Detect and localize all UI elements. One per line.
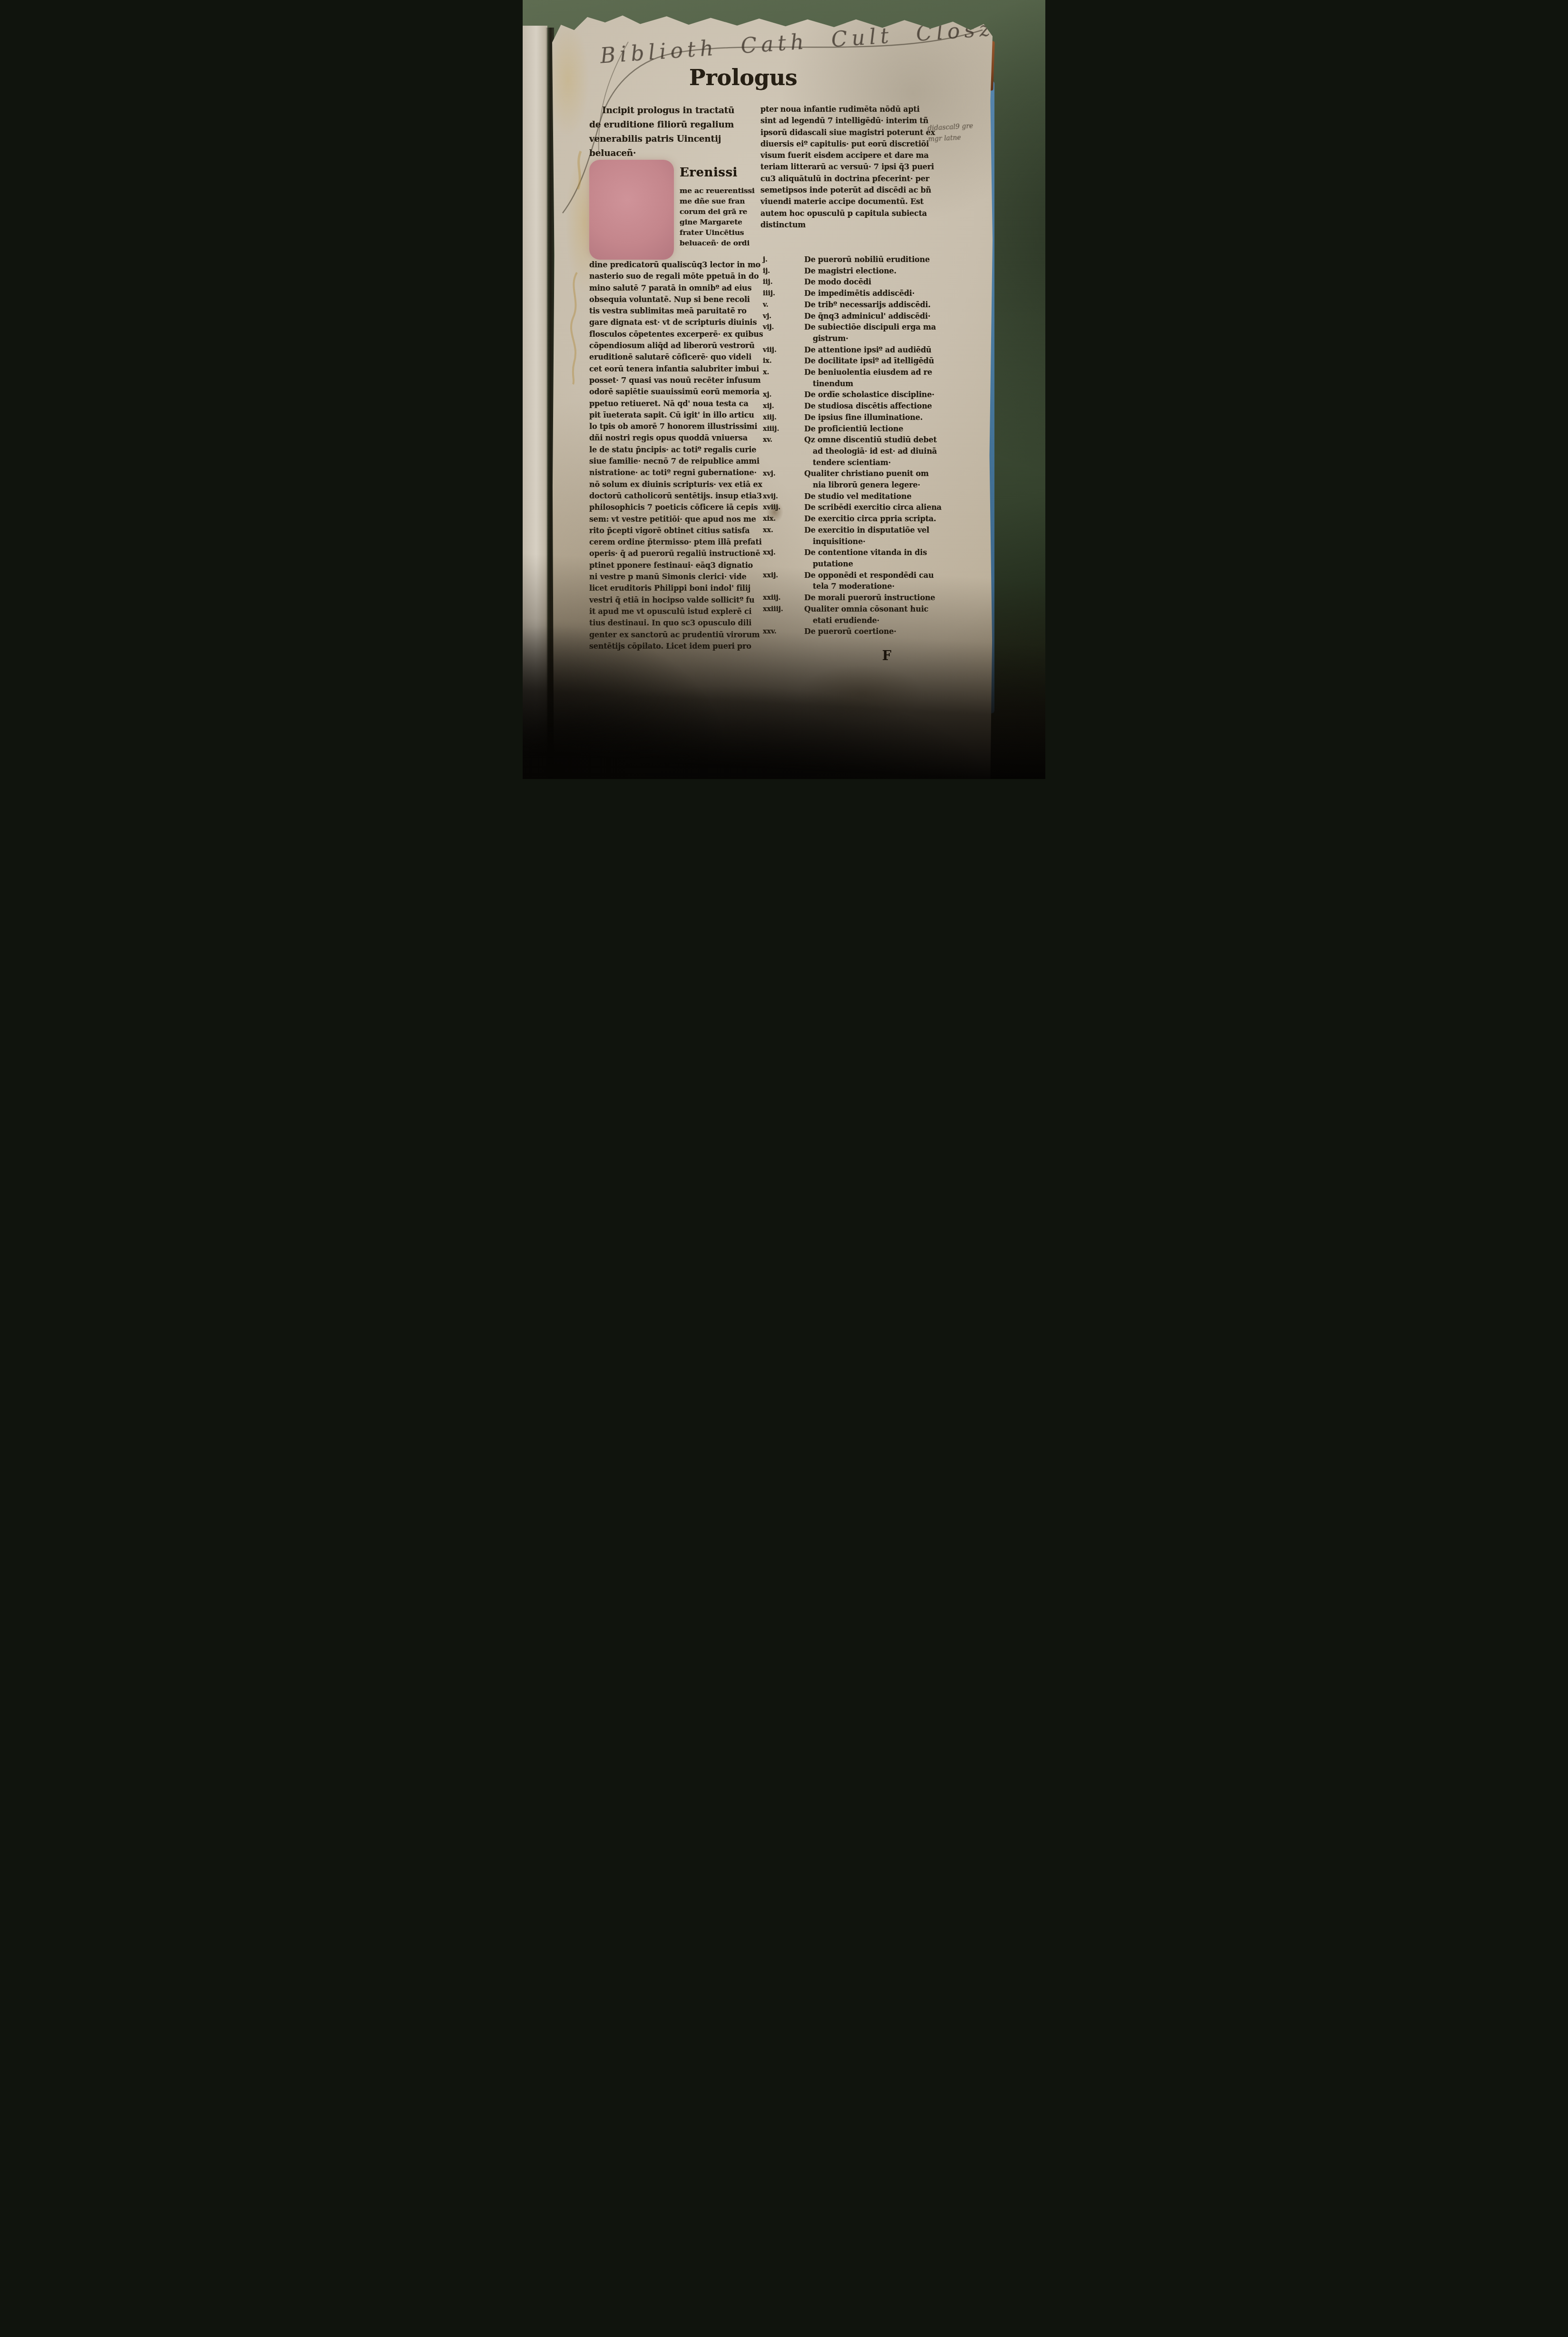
- chapter-numeral: vij.: [763, 321, 804, 333]
- text-line: tis vestra sublimitas meā paruitatē ro: [589, 305, 785, 317]
- photo-scene: Biblioth Cath Cult Closz Prologus Incipi…: [523, 0, 1045, 779]
- text-line: nistratione· ac totiº regni gubernatione…: [589, 467, 785, 478]
- chapter-row: xxij.De opponēdi et respondēdi cautela 7…: [763, 570, 963, 592]
- text-line: tius destinaui. In quo sc3 opusculo dili: [589, 617, 785, 629]
- text-line: ni vestre p manū Simonis clerici· vide: [589, 571, 785, 583]
- text-line: distinctum: [760, 219, 936, 231]
- text-line: sentētijs cōpilato. Licet idem pueri pro: [589, 641, 785, 652]
- text-line: De exercitio in disputatiōe vel: [804, 525, 963, 536]
- chapter-row: xxj.De contentione vitanda in disputatio…: [763, 547, 963, 569]
- chapter-numeral: j.: [763, 254, 804, 265]
- text-line: de eruditione filiorū regalium: [589, 118, 785, 132]
- text-line: De exercitio circa ppria scripta.: [804, 513, 963, 525]
- chapter-row: viij.De attentione ipsiº ad audiēdū: [763, 344, 963, 356]
- text-line: De impedimētis addiscēdi·: [804, 288, 963, 299]
- chapter-title: De proficientiū lectione: [804, 423, 963, 435]
- text-line: visum fuerit eisdem accipere et dare ma: [760, 150, 936, 161]
- text-line: lo tpis ob amorē 7 honorem illustrissimi: [589, 421, 785, 432]
- chapter-numeral: iij.: [763, 276, 804, 288]
- chapter-numeral: ix.: [763, 355, 804, 367]
- text-line: De modo docēdi: [804, 276, 963, 288]
- chapter-numeral: v.: [763, 299, 804, 311]
- stain: [799, 665, 923, 722]
- chapter-numeral: xij.: [763, 400, 804, 412]
- text-line: putatione: [813, 558, 963, 570]
- chapter-row: v.De tribº necessarijs addiscēdi.: [763, 299, 963, 311]
- text-line: De ipsius fine illuminatione.: [804, 412, 963, 423]
- chapter-row: xiij.De ipsius fine illuminatione.: [763, 412, 963, 423]
- chapter-numeral: xvj.: [763, 468, 804, 479]
- text-line: De opponēdi et respondēdi cau: [804, 570, 963, 581]
- text-line: eruditionē salutarē cōficerē· quo videli: [589, 351, 785, 363]
- text-line: De beniuolentia eiusdem ad re: [804, 367, 963, 378]
- text-line: teriam litterarū ac versuū· 7 ipsi q̄3 p…: [760, 161, 936, 173]
- chapter-numeral: xx.: [763, 525, 804, 536]
- text-line: tinendum: [813, 378, 963, 389]
- text-line: vestri q̄ etiā in hocipso valde sollicit…: [589, 594, 785, 606]
- chapter-title: De beniuolentia eiusdem ad retinendum: [804, 367, 963, 389]
- chapter-title: De opponēdi et respondēdi cautela 7 mode…: [804, 570, 963, 592]
- text-line: cerem ordine p̄termisso· ptem illā prefa…: [589, 536, 785, 548]
- chapter-title: De q̄nq3 adminicul' addiscēdi·: [804, 311, 963, 322]
- text-line: rito p̄cepti vigorē obtinet citius satis…: [589, 525, 785, 536]
- text-line: cōpendiosum aliq̄d ad liberorū vestrorū: [589, 340, 785, 351]
- chapter-numeral: xxij.: [763, 570, 804, 581]
- chapter-title: De contentione vitanda in disputatione: [804, 547, 963, 569]
- text-line: semetipsos inde poterūt ad discēdi ac bñ: [760, 185, 936, 196]
- chapter-row: vj.De q̄nq3 adminicul' addiscēdi·: [763, 311, 963, 322]
- text-line: viuendi materie accipe documentū. Est: [760, 196, 936, 207]
- incipit-block: Incipit prologus in tractatūde erudition…: [589, 104, 785, 161]
- text-line: Incipit prologus in tractatū: [602, 104, 785, 118]
- chapter-row: iiij.De impedimētis addiscēdi·: [763, 288, 963, 299]
- text-line: philosophicis 7 poeticis cōficere iā cep…: [589, 502, 785, 513]
- text-line: ppetuo retiueret. Nā qd' noua testa ca: [589, 398, 785, 409]
- text-line: odorē sapiētie suauissimū eorū memoria: [589, 386, 785, 398]
- chapter-title: Qualiter christiano puenit omnia librorū…: [804, 468, 963, 490]
- text-line: obsequia voluntatē. Nup si bene recoli: [589, 294, 785, 305]
- left-text-column: dine predicatorū qualiscūq3 lector in mo…: [589, 259, 785, 652]
- chapter-title: De puerorū coertione·: [804, 626, 963, 637]
- text-line: De proficientiū lectione: [804, 423, 963, 435]
- chapter-row: xj.De ordīe scholastice discipline·: [763, 389, 963, 400]
- text-line: mino salutē 7 paratā in omnibº ad eius: [589, 282, 785, 294]
- chapter-numeral: xiij.: [763, 412, 804, 423]
- text-line: nia librorū genera legere·: [813, 479, 963, 491]
- text-line: De contentione vitanda in dis: [804, 547, 963, 558]
- page-title: Prologus: [689, 65, 798, 90]
- text-line: gistrum·: [813, 333, 963, 344]
- chapter-numeral: xxj.: [763, 547, 804, 558]
- text-line: nasterio suo de regali mōte ppetuā in do: [589, 271, 785, 282]
- opening-word: Erenissi: [680, 166, 738, 180]
- chapter-title: De ordīe scholastice discipline·: [804, 389, 963, 400]
- chapter-title: De attentione ipsiº ad audiēdū: [804, 344, 963, 356]
- text-line: venerabilis patris Uincentij: [589, 132, 785, 146]
- text-line: De q̄nq3 adminicul' addiscēdi·: [804, 311, 963, 322]
- text-line: De tribº necessarijs addiscēdi.: [804, 299, 963, 311]
- chapter-title: De subiectiōe discipuli erga magistrum·: [804, 321, 963, 344]
- text-line: sem: vt vestre petitiōi· que apud nos me: [589, 514, 785, 525]
- illuminated-initial: [589, 160, 674, 260]
- chapter-row: xxiiij.Qualiter omnia cōsonant huicetati…: [763, 604, 963, 626]
- text-line: ad theologiā· id est· ad diuinā: [813, 446, 963, 457]
- text-line: doctorū catholicorū sentētijs. insup eti…: [589, 490, 785, 502]
- chapter-row: j.De puerorū nobiliū eruditione: [763, 254, 963, 265]
- text-line: dine predicatorū qualiscūq3 lector in mo: [589, 259, 785, 271]
- chapter-row: x.De beniuolentia eiusdem ad retinendum: [763, 367, 963, 389]
- chapter-row: xvij.De studio vel meditatione: [763, 491, 963, 502]
- text-line: Qualiter omnia cōsonant huic: [804, 604, 963, 615]
- text-line: etati erudiende·: [813, 615, 963, 626]
- text-line: De studiosa discētis affectione: [804, 400, 963, 412]
- chapter-row: xvj.Qualiter christiano puenit omnia lib…: [763, 468, 963, 490]
- chapter-title: Qz omne discentiū studiū debetad theolog…: [804, 434, 963, 468]
- chapter-row: xxv.De puerorū coertione·: [763, 626, 963, 637]
- text-line: ipsorū didascali siue magistri poterunt …: [760, 127, 936, 138]
- text-line: De studio vel meditatione: [804, 491, 963, 502]
- book-page: Biblioth Cath Cult Closz Prologus Incipi…: [552, 9, 993, 779]
- text-line: posset· 7 quasi vas nouū recēter infusum: [589, 375, 785, 386]
- text-line: De ordīe scholastice discipline·: [804, 389, 963, 400]
- text-line: ptinet pponere festinaui· eāq3 dignatio: [589, 560, 785, 571]
- chapter-numeral: ij.: [763, 265, 804, 277]
- text-line: cet eorū tenera infantia salubriter imbu…: [589, 363, 785, 375]
- text-line: De attentione ipsiº ad audiēdū: [804, 344, 963, 356]
- text-line: De morali puerorū instructione: [804, 592, 963, 604]
- chapter-title: De modo docēdi: [804, 276, 963, 288]
- text-line: operis· q̄ ad puerorū regaliū instructio…: [589, 548, 785, 559]
- chapter-row: xviij.De scribēdi exercitio circa aliena: [763, 502, 963, 513]
- text-line: De magistri electione.: [804, 265, 963, 277]
- chapter-row: vij.De subiectiōe discipuli erga magistr…: [763, 321, 963, 344]
- chapter-title: De docilitate ipsiº ad ītelligēdū: [804, 355, 963, 367]
- text-line: licet eruditoris Philippi boni indol' fi…: [589, 583, 785, 594]
- chapter-title: De exercitio circa ppria scripta.: [804, 513, 963, 525]
- chapter-numeral: xiiij.: [763, 423, 804, 435]
- chapter-numeral: x.: [763, 367, 804, 378]
- initial-pink-field: [589, 160, 674, 260]
- chapter-title: De impedimētis addiscēdi·: [804, 288, 963, 299]
- chapter-row: xxiij.De morali puerorū instructione: [763, 592, 963, 604]
- chapter-title: De studiosa discētis affectione: [804, 400, 963, 412]
- chapter-row: ij.De magistri electione.: [763, 265, 963, 277]
- text-line: Qz omne discentiū studiū debet: [804, 434, 963, 446]
- text-line: De puerorū coertione·: [804, 626, 963, 637]
- chapter-numeral: xix.: [763, 513, 804, 525]
- chapter-row: xix.De exercitio circa ppria scripta.: [763, 513, 963, 525]
- text-line: De subiectiōe discipuli erga ma: [804, 321, 963, 333]
- text-line: De scribēdi exercitio circa aliena: [804, 502, 963, 513]
- signature-mark: F: [882, 649, 891, 663]
- text-line: Qualiter christiano puenit om: [804, 468, 963, 479]
- text-line: De puerorū nobiliū eruditione: [804, 254, 963, 265]
- chapter-numeral: xxiiij.: [763, 604, 804, 615]
- chapter-numeral: xj.: [763, 389, 804, 400]
- chapter-title: De magistri electione.: [804, 265, 963, 277]
- chapter-numeral: xv.: [763, 434, 804, 446]
- text-line: genter ex sanctorū ac prudentiū virorum: [589, 629, 785, 641]
- chapter-numeral: xxv.: [763, 626, 804, 637]
- chapter-numeral: vj.: [763, 311, 804, 322]
- gutter-shadow: [545, 28, 554, 779]
- text-line: sint ad legendū 7 intelligēdū· interim t…: [760, 115, 936, 127]
- chapter-row: ix.De docilitate ipsiº ad ītelligēdū: [763, 355, 963, 367]
- text-line: le de statu p̄ncipis· ac totiº regalis c…: [589, 444, 785, 456]
- chapter-index: j.De puerorū nobiliū eruditioneij.De mag…: [763, 254, 963, 637]
- chapter-numeral: xviij.: [763, 502, 804, 513]
- chapter-title: De morali puerorū instructione: [804, 592, 963, 604]
- text-line: cu3 aliquātulū in doctrina pfecerint· pe…: [760, 173, 936, 185]
- chapter-numeral: viij.: [763, 344, 804, 356]
- text-line: tendere scientiam·: [813, 457, 963, 468]
- text-line: dñi nostri regis opus quoddā vniuersa: [589, 432, 785, 444]
- chapter-title: De exercitio in disputatiōe velinquisiti…: [804, 525, 963, 547]
- text-line: nō solum ex diuinis scripturis· vex etiā…: [589, 479, 785, 490]
- chapter-row: xx.De exercitio in disputatiōe velinquis…: [763, 525, 963, 547]
- text-line: inquisitione·: [813, 536, 963, 547]
- text-line: tela 7 moderatione·: [813, 581, 963, 592]
- chapter-numeral: xvij.: [763, 491, 804, 502]
- chapter-numeral: iiij.: [763, 288, 804, 299]
- chapter-title: De studio vel meditatione: [804, 491, 963, 502]
- chapter-title: De tribº necessarijs addiscēdi.: [804, 299, 963, 311]
- chapter-row: xiiij.De proficientiū lectione: [763, 423, 963, 435]
- text-line: autem hoc opusculū p capitula subiecta: [760, 208, 936, 219]
- text-line: De docilitate ipsiº ad ītelligēdū: [804, 355, 963, 367]
- chapter-title: De ipsius fine illuminatione.: [804, 412, 963, 423]
- chapter-title: Qualiter omnia cōsonant huicetati erudie…: [804, 604, 963, 626]
- text-line: beluaceñ· de ordi: [680, 238, 785, 248]
- text-line: pit īueterata sapit. Cū igit' in illo ar…: [589, 409, 785, 421]
- text-line: gare dignata est· vt de scripturis diuin…: [589, 317, 785, 328]
- text-line: pter noua infantie rudimēta nōdū apti: [760, 104, 936, 115]
- chapter-numeral: xxiij.: [763, 592, 804, 604]
- chapter-row: iij.De modo docēdi: [763, 276, 963, 288]
- text-line: it apud me vt opusculū istud explerē ci: [589, 606, 785, 617]
- right-text-column: pter noua infantie rudimēta nōdū aptisin…: [760, 104, 936, 231]
- text-line: beluaceñ·: [589, 146, 785, 161]
- text-line: siue familie· necnō 7 de reipublice ammi: [589, 456, 785, 467]
- chapter-title: De scribēdi exercitio circa aliena: [804, 502, 963, 513]
- text-line: diuersis eiº capitulis· put eorū discret…: [760, 138, 936, 150]
- underlying-page-edge: [523, 26, 547, 779]
- chapter-row: xij.De studiosa discētis affectione: [763, 400, 963, 412]
- chapter-row: xv.Qz omne discentiū studiū debetad theo…: [763, 434, 963, 468]
- chapter-title: De puerorū nobiliū eruditione: [804, 254, 963, 265]
- text-line: flosculos cōpetentes excerperē· ex quibu…: [589, 329, 785, 340]
